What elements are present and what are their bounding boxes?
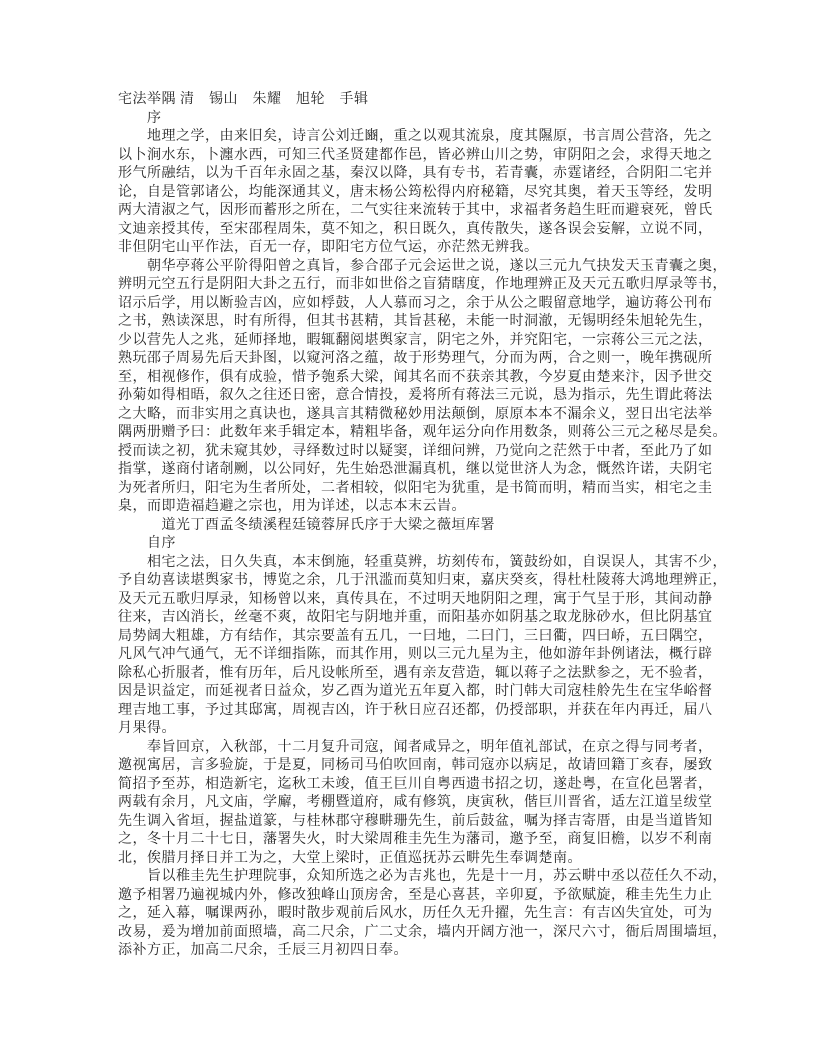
text-line: 奉旨回京，入秋部，十二月复升司寇，闻者咸异之，明年值礼部试，在京之得与同考者， <box>118 739 718 758</box>
text-line: 予自幼喜读堪舆家书，博览之余，几于汛滥而莫知归束，嘉庆癸亥，得杜杜陵蒋大鸿地理辨… <box>118 572 718 591</box>
text-line: 邀予相署乃遍视城内外，修改独峰山顶房舍，至是心喜甚，辛卯夏，予欲赋旋，稚圭先生力… <box>118 887 718 906</box>
text-line: 局势阔大粗雄，方有结作，其宗要盖有五几，一曰地，二曰门，三曰衢，四曰峤，五曰隅空… <box>118 628 718 647</box>
text-line: 至，相视修作，俱有成验，惜予匏系大梁，闻其名而不获亲其教，今岁夏由楚来汴，因予世… <box>118 369 718 388</box>
text-line: 少以营先人之兆，延师择地，暇辄翻阅堪舆家言，阴宅之外，并究阳宅，一宗蒋公三元之法… <box>118 332 718 351</box>
text-line: 先生调入省垣，握盐道篆，与桂林郡守穆畊珊先生，前后鼓盆，嘱为择吉寄厝，由是当道皆… <box>118 813 718 832</box>
text-line: 文迪亲授其传，至宋邵程周朱，莫不知之，积日既久，真传散失，遂各误会妄解，立说不同… <box>118 221 718 240</box>
text-line: 指掌，遂商付诸剞劂，以公同好，先生始恐泄漏真机，继以觉世济人为念，慨然许诺，夫阴… <box>118 461 718 480</box>
text-line: 地理之学，由来旧矣，诗言公刘迁豳，重之以观其流泉，度其隰原，书言周公营洛，先之 <box>118 128 718 147</box>
text-line: 自序 <box>118 535 718 554</box>
text-line: 月果得。 <box>118 720 718 739</box>
text-line: 道光丁酉孟冬绩溪程廷镜蓉屏氏序于大梁之薇垣库署 <box>118 517 718 536</box>
text-line: 隅两册赠予曰：此数年来手辑定本，精粗毕备，观年运分向作用数条，则蒋公三元之秘尽是… <box>118 424 718 443</box>
text-line: 之大略，而非实用之真诀也，遂具言其精微秘妙用法颠倒，原原本本不漏余义，翌日出宅法… <box>118 406 718 425</box>
text-line: 北，俟腊月择日并工为之，大堂上梁时，正值巡抚苏云畊先生奉调楚南。 <box>118 850 718 869</box>
text-line: 两大清淑之气，因形而蓄形之所在，二气实往来流转于其中，求福者务趋生旺而避衰死，曾… <box>118 202 718 221</box>
text-line: 两载有余月，凡文庙，学廨，考棚暨道府，咸有修筑，庚寅秋，偕巨川晋省，适左江道呈绂… <box>118 794 718 813</box>
document-text: 宅法举隅 清 锡山 朱耀 旭轮 手辑 序 地理之学，由来旧矣，诗言公刘迁豳，重之… <box>118 91 718 961</box>
text-line: 非但阴宅山平作法，百无一存，即阳宅方位气运，亦茫然无辨我。 <box>118 239 718 258</box>
text-lines: 序 地理之学，由来旧矣，诗言公刘迁豳，重之以观其流泉，度其隰原，书言周公营洛，先… <box>118 110 718 961</box>
text-line: 凡风气冲气通气，无不详细指陈，而其作用，则以三元九星为主，他如游年卦例诸法，概行… <box>118 646 718 665</box>
text-line: 朝华亭蒋公平阶得阳曾之真旨，参合邵子元会运世之说，遂以三元九气抉发天玉青囊之奥， <box>118 258 718 277</box>
text-line: 邀视寓居，言多验旋，于是夏，同杨司马伯吹回南，韩司寇亦以病足，故请回籍丁亥春，屡… <box>118 757 718 776</box>
text-line: 除私心折服者，惟有历年，后凡设帐所至，遇有亲友营造，辄以蒋子之法默参之，无不验者… <box>118 665 718 684</box>
text-line: 臬，而即造福趋避之宗也，用为详述，以志本末云旹。 <box>118 498 718 517</box>
text-line: 之，冬十月二十七日，藩署失火，时大梁周稚圭先生为藩司，邀予至，商复旧檐，以岁不利… <box>118 831 718 850</box>
text-line: 理吉地工事，予过其邸寓，周视吉凶，许于秋日应召还都，仍授部职，并获在年内再迁，届… <box>118 702 718 721</box>
text-line: 为死者所归，阳宅为生者所处，二者相较，似阳宅为犹重，是书简而明，精而当实，相宅之… <box>118 480 718 499</box>
text-line: 形气所融结，以为千百年永固之基，秦汉以降，具有专书，若青囊，赤霆诸经，合阴阳二宅… <box>118 165 718 184</box>
text-line: 添补方正，加高二尺余，壬辰三月初四日奉。 <box>118 942 718 961</box>
text-line: 往来，吉凶消长，丝毫不爽，故阳宅与阴地并重，而阳基亦如阴基之取龙脉砂水，但比阴基… <box>118 609 718 628</box>
text-line: 辨明元空五行是阴阳大卦之五行，而非如世俗之盲猜瞎度，作地理辨正及天元五歌归厚录等… <box>118 276 718 295</box>
text-line: 授而读之初，犹未窥其妙，寻绎数过时以疑窦，详细问辨，乃觉向之茫然于中者，至此乃了… <box>118 443 718 462</box>
text-line: 以卜涧水东，卜瀍水西，可知三代圣贤建都作邑，皆必辨山川之势，审阴阳之会，求得天地… <box>118 147 718 166</box>
text-line: 相宅之法，日久失真，本末倒施，轻重莫辨，坊刻传布，簧鼓纷如，自误误人，其害不少， <box>118 554 718 573</box>
text-line: 简招予至苏，相造新宅，迄秋工未竣，值王巨川自粤西遗书招之切，遂赴粤，在宣化邑署者… <box>118 776 718 795</box>
text-line: 因是识益定，而延视者日益众，岁乙酉为道光五年夏入都，时门韩大司寇桂舲先生在宝华峪… <box>118 683 718 702</box>
text-line: 孙菊如得相晤，叙久之往还日密，意合情投，爰将所有蒋法三元说，恳为指示，先生谓此蒋… <box>118 387 718 406</box>
text-line: 之，延入幕，嘱课两孙，暇时散步观前后风水，历任久无升擢，先生言：有吉凶失宜处，可… <box>118 905 718 924</box>
document-title-line: 宅法举隅 清 锡山 朱耀 旭轮 手辑 <box>118 91 718 110</box>
document-page: 宅法举隅 清 锡山 朱耀 旭轮 手辑 序 地理之学，由来旧矣，诗言公刘迁豳，重之… <box>0 0 816 1056</box>
text-line: 诏示后学，用以断验吉凶，应如桴鼓，人人慕而习之，余于从公之暇留意地学，遍访蒋公刊… <box>118 295 718 314</box>
text-line: 熟玩邵子周易先后天卦图，以窥河洛之蕴，故于形势理气，分而为两，合之则一，晚年携砚… <box>118 350 718 369</box>
text-line: 之书，熟读深思，时有所得，但其书甚精，其旨甚秘，未能一时洞澈，无锡明经朱旭轮先生… <box>118 313 718 332</box>
text-line: 序 <box>118 110 718 129</box>
text-line: 旨以稚圭先生护理院事，众知所选之必为吉兆也，先是十一月，苏云畊中丞以莅任久不动， <box>118 868 718 887</box>
text-line: 及天元五歌归厚录，知杨曾以来，真传具在，不过明天地阴阳之理，寓于气呈于形，其间动… <box>118 591 718 610</box>
text-line: 论，自是管郭诸公，均能深通其义，唐末杨公筠松得内府秘籍，尽究其奥，着天玉等经，发… <box>118 184 718 203</box>
text-line: 改易，爰为增加前面照墙，高二尺余，广二丈余，墙内开阔方池一，深尺六寸，衙后周围墙… <box>118 924 718 943</box>
